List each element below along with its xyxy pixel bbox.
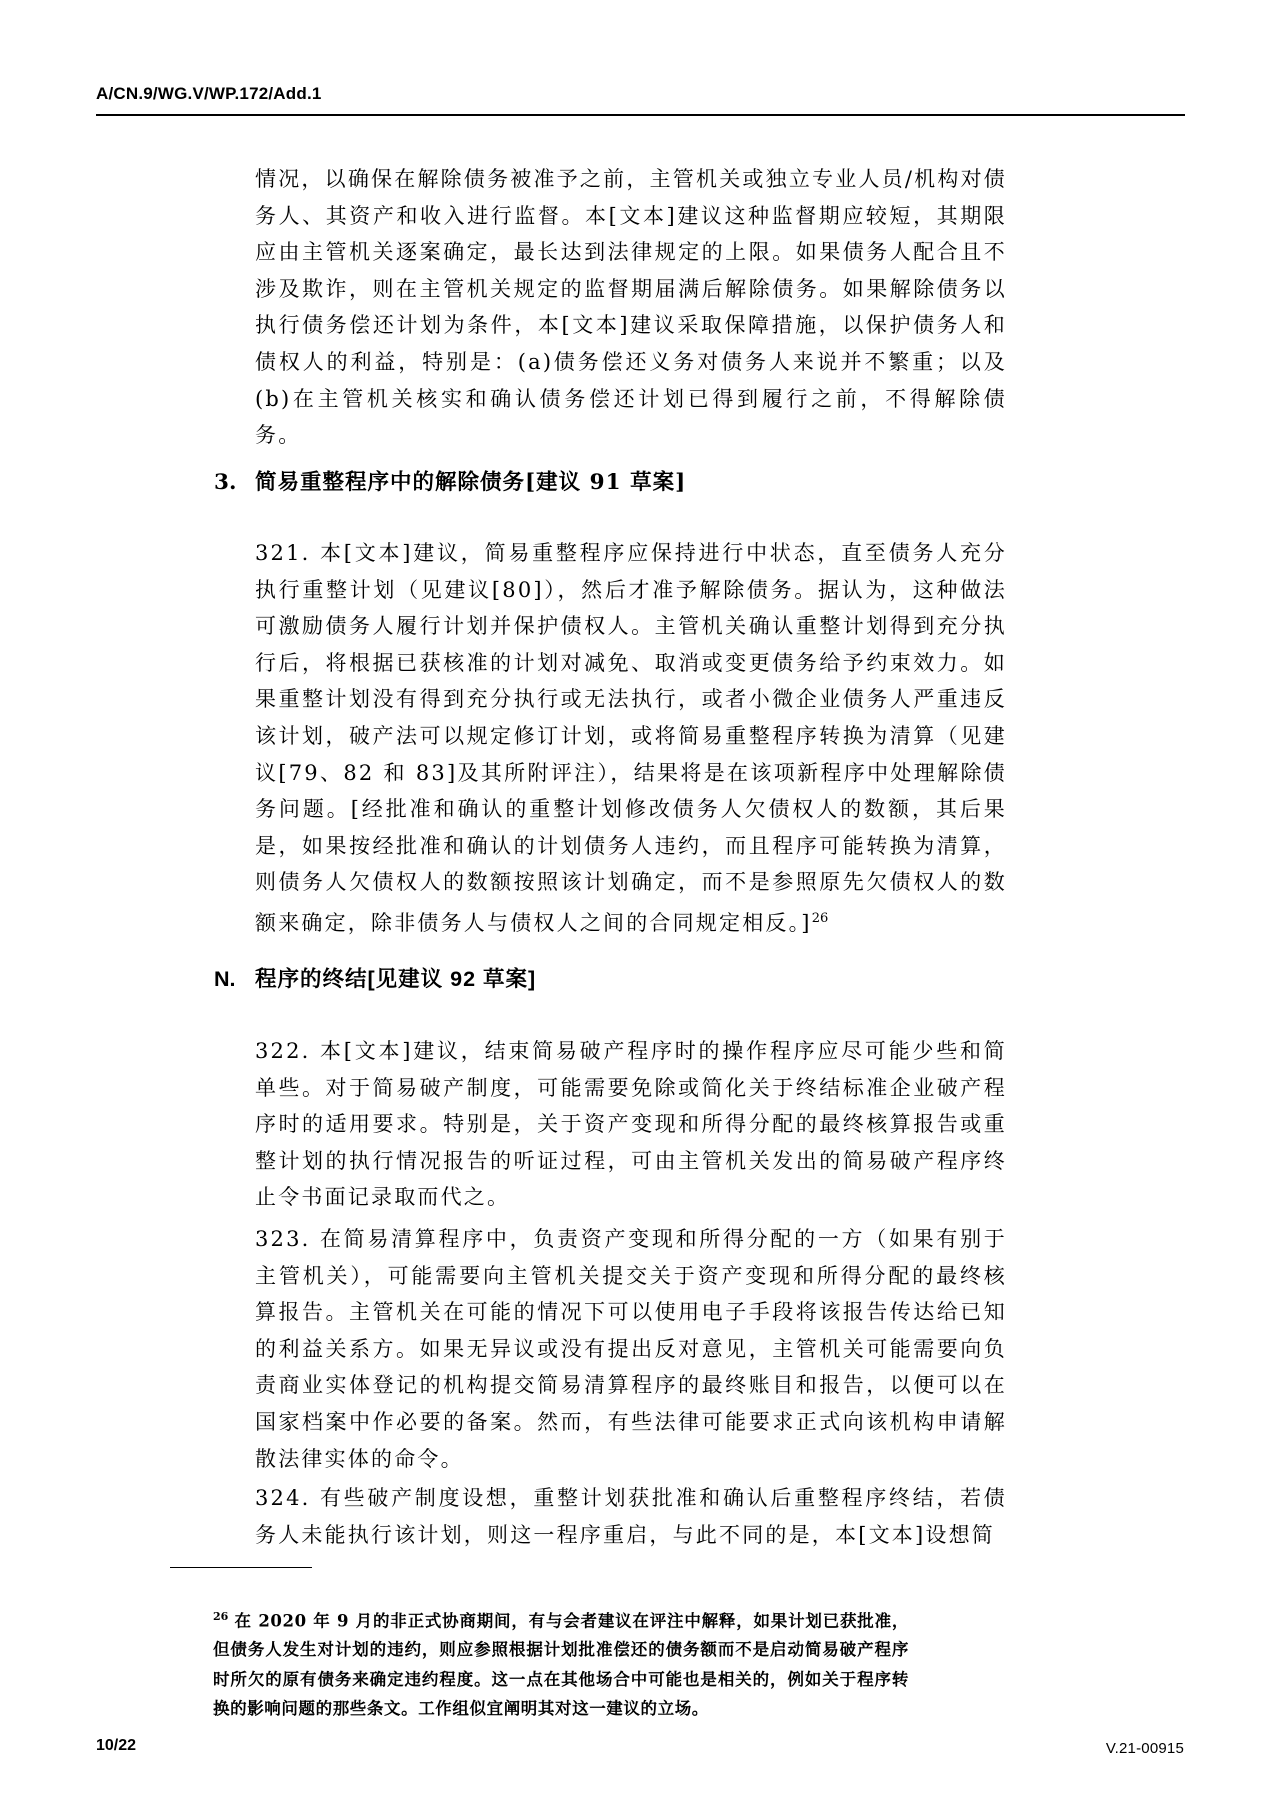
- paragraph-323: 323. 在简易清算程序中，负责资产变现和所得分配的一方（如果有别于主管机关），…: [255, 1221, 1007, 1477]
- section-title: 简易重整程序中的解除债务[建议 91 草案]: [255, 468, 686, 498]
- paragraph-321: 321. 本[文本]建议，简易重整程序应保持进行中状态，直至债务人充分执行重整计…: [255, 535, 1007, 942]
- section-heading-3: 3. 简易重整程序中的解除债务[建议 91 草案]: [214, 468, 686, 498]
- paragraph-322: 322. 本[文本]建议，结束简易破产程序时的操作程序应尽可能少些和简单些。对于…: [255, 1033, 1007, 1216]
- section-number: 3.: [214, 468, 255, 498]
- footnote-separator: [170, 1567, 312, 1568]
- document-symbol: A/CN.9/WG.V/WP.172/Add.1: [96, 84, 322, 104]
- paragraph-321-text: 321. 本[文本]建议，简易重整程序应保持进行中状态，直至债务人充分执行重整计…: [255, 541, 1007, 935]
- paragraph-continuation: 情况，以确保在解除债务被准予之前，主管机关或独立专业人员/机构对债务人、其资产和…: [255, 161, 1007, 454]
- footnote-26: 26在 2020 年 9 月的非正式协商期间，有与会者建议在评注中解释，如果计划…: [213, 1602, 909, 1724]
- section-title: 程序的终结[见建议 92 草案]: [255, 964, 536, 994]
- paragraph-324: 324. 有些破产制度设想，重整计划获批准和确认后重整程序终结，若债务人未能执行…: [255, 1480, 1007, 1553]
- header-divider: [96, 114, 1185, 116]
- footnote-text: 在 2020 年 9 月的非正式协商期间，有与会者建议在评注中解释，如果计划已获…: [213, 1611, 909, 1718]
- section-number: N.: [214, 964, 255, 994]
- section-heading-n: N. 程序的终结[见建议 92 草案]: [214, 964, 536, 994]
- document-sales-number: V.21-00915: [1106, 1740, 1184, 1757]
- footnote-reference-26: 26: [812, 911, 829, 926]
- footnote-number: 26: [213, 1610, 234, 1623]
- page-number: 10/22: [96, 1737, 136, 1755]
